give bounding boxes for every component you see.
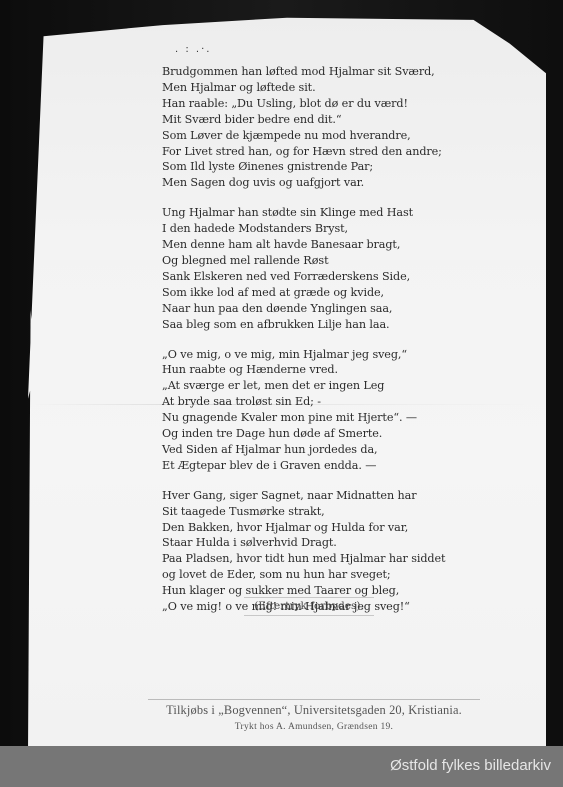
poem-line: Hun raabte og Hænderne vred. (162, 362, 462, 378)
poem-line: Og blegned mel rallende Røst (162, 253, 462, 269)
poem-stanza: Ung Hjalmar han stødte sin Klinge med Ha… (162, 205, 462, 332)
poem-line: Staar Hulda i sølverhvid Dragt. (162, 535, 462, 551)
poem-line: Et Ægtepar blev de i Graven endda. — (162, 458, 462, 474)
poem-line: Som ikke lod af med at græde og kvide, (162, 285, 462, 301)
poem-line: Nu gnagende Kvaler mon pine mit Hjerte“.… (162, 410, 462, 426)
poem-line: Mit Sværd bider bedre end dit.“ (162, 112, 462, 128)
poem-stanza: Hver Gang, siger Sagnet, naar Midnatten … (162, 488, 462, 615)
imprint-seller: Tilkjøbs i „Bogvennen“, Universitetsgade… (148, 703, 480, 718)
ornament-marks: . : .·. (175, 44, 211, 55)
poem-stanza: Brudgommen han løfted mod Hjalmar sit Sv… (162, 64, 462, 191)
poem-line: I den hadede Modstanders Bryst, (162, 221, 462, 237)
archive-watermark-banner: Østfold fylkes billedarkiv (0, 746, 563, 787)
poem-line: og lovet de Eder, som nu hun har sveget; (162, 567, 462, 583)
imprint-printer: Trykt hos A. Amundsen, Grændsen 19. (148, 722, 480, 732)
poem-line: „O ve mig, o ve mig, min Hjalmar jeg sve… (162, 347, 462, 363)
poem-line: Som Løver de kjæmpede nu mod hverandre, (162, 128, 462, 144)
poem-line: Men denne ham alt havde Banesaar bragt, (162, 237, 462, 253)
poem-line: Hver Gang, siger Sagnet, naar Midnatten … (162, 488, 462, 504)
poem-line: For Livet stred han, og for Hævn stred d… (162, 144, 462, 160)
imprint: Tilkjøbs i „Bogvennen“, Universitetsgade… (148, 699, 480, 732)
poem-line: Men Hjalmar og løftede sit. (162, 80, 462, 96)
poem-line: Sank Elskeren ned ved Forræderskens Side… (162, 269, 462, 285)
poem-line: Ung Hjalmar han stødte sin Klinge med Ha… (162, 205, 462, 221)
poem-text: Brudgommen han løfted mod Hjalmar sit Sv… (162, 64, 462, 629)
poem-line: Naar hun paa den døende Ynglingen saa, (162, 301, 462, 317)
poem-line: At bryde saa troløst sin Ed; - (162, 394, 462, 410)
archive-watermark-text: Østfold fylkes billedarkiv (390, 757, 551, 774)
poem-line: Ved Siden af Hjalmar hun jordedes da, (162, 442, 462, 458)
poem-line: Men Sagen dog uvis og uafgjort var. (162, 175, 462, 191)
poem-line: „At sværge er let, men det er ingen Leg (162, 378, 462, 394)
poem-stanza: „O ve mig, o ve mig, min Hjalmar jeg sve… (162, 347, 462, 474)
poem-line: Og inden tre Dage hun døde af Smerte. (162, 426, 462, 442)
poem-line: Han raable: „Du Usling, blot dø er du væ… (162, 96, 462, 112)
poem-line: Saa bleg som en afbrukken Lilje han laa. (162, 317, 462, 333)
poem-line: Brudgommen han løfted mod Hjalmar sit Sv… (162, 64, 462, 80)
reprint-notice: (Eftertryk forbydes). (244, 597, 374, 616)
poem-line: Sit taagede Tusmørke strakt, (162, 504, 462, 520)
poem-line: Den Bakken, hvor Hjalmar og Hulda for va… (162, 520, 462, 536)
poem-line: Som Ild lyste Øinenes gnistrende Par; (162, 159, 462, 175)
poem-line: Paa Pladsen, hvor tidt hun med Hjalmar h… (162, 551, 462, 567)
